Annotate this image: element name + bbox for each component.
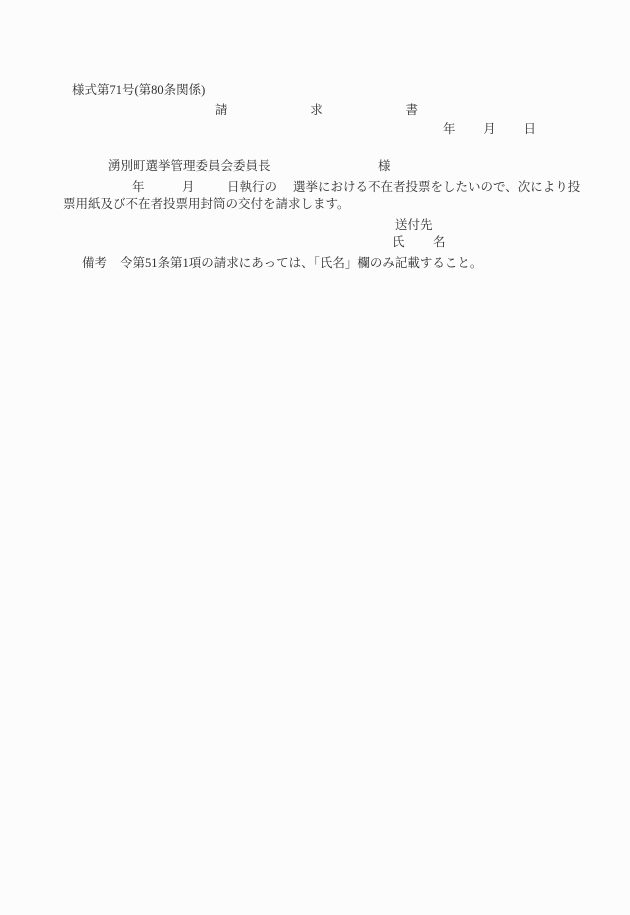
addressee-honorific: 様	[378, 159, 391, 173]
body-text-line1: 選挙における不在者投票をしたいので、次により投	[293, 180, 580, 194]
title-char-3: 書	[405, 103, 418, 117]
name-label-second: 名	[433, 235, 446, 249]
title-char-1: 請	[215, 103, 228, 117]
form-number: 様式第71号(第80条関係)	[72, 83, 205, 97]
name-label-first: 氏	[392, 235, 405, 249]
date-line: 年 月 日	[443, 122, 536, 136]
body-year-label: 年	[132, 180, 145, 194]
body-text-line2: 票用紙及び不在者投票用封筒の交付を請求します。	[63, 197, 350, 211]
body-day-execution-label: 日執行の	[227, 180, 277, 194]
remarks-text: 令第51条第1項の請求にあっては、「氏名」欄のみ記載すること。	[120, 256, 482, 270]
date-day-label: 日	[523, 122, 536, 136]
title-char-2: 求	[310, 103, 323, 117]
document-title: 請 求 書	[215, 103, 418, 117]
remarks-label: 備考	[82, 256, 107, 270]
date-month-label: 月	[483, 122, 496, 136]
date-year-label: 年	[443, 122, 456, 136]
document-page: 様式第71号(第80条関係) 請 求 書 年 月 日 湧別町選挙管理委員会委員長…	[0, 0, 630, 915]
send-to-label: 送付先	[395, 218, 433, 232]
body-month-label: 月	[182, 180, 195, 194]
addressee-name: 湧別町選挙管理委員会委員長	[108, 159, 271, 173]
